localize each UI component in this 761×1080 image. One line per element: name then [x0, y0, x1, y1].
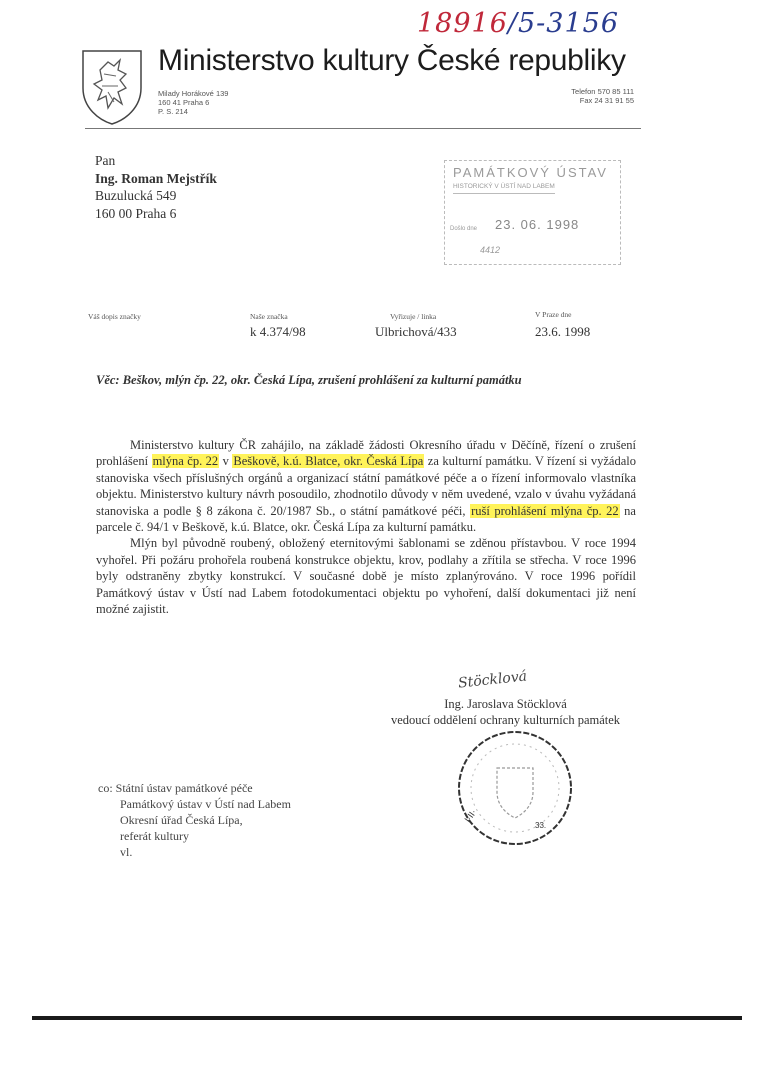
subject-line: Věc: Beškov, mlýn čp. 22, okr. Česká Líp…: [96, 373, 522, 388]
letter-date: 23.6. 1998: [535, 324, 590, 340]
cc-recipient: referát kultury: [98, 828, 291, 844]
stamp-date: 23. 06. 1998: [495, 217, 579, 232]
cc-recipient: Okresní úřad Česká Lípa,: [98, 812, 291, 828]
ministry-address: Milady Horákové 139 160 41 Praha 6 P. S.…: [158, 89, 228, 116]
letterhead-divider: [85, 128, 641, 129]
highlight-mill: mlýna čp. 22: [152, 454, 220, 468]
recipient-name: Ing. Roman Mejstřík: [95, 170, 217, 188]
stamp-institution: PAMÁTKOVÝ ÚSTAV: [453, 165, 608, 180]
highlight-location: Beškově, k.ú. Blatce, okr. Česká Lípa: [232, 454, 424, 468]
handwritten-registry-number: 18916/5-3156: [417, 8, 619, 39]
address-line: P. S. 214: [158, 107, 228, 116]
cc-recipient: Státní ústav památkové péče: [116, 781, 253, 795]
svg-text:33.: 33.: [535, 821, 546, 830]
phone: Telefon 570 85 111: [571, 87, 634, 96]
signer-block: Ing. Jaroslava Stöcklová vedoucí oddělen…: [378, 696, 633, 728]
body-paragraph-1: Ministerstvo kultury ČR zahájilo, na zák…: [96, 437, 636, 535]
address-line: Milady Horákové 139: [158, 89, 228, 98]
ministry-contact: Telefon 570 85 111 Fax 24 31 91 55: [571, 87, 634, 105]
letter-body: Ministerstvo kultury ČR zahájilo, na zák…: [96, 437, 636, 617]
recipient-salutation: Pan: [95, 152, 217, 170]
handwritten-number-red: 18916: [417, 8, 508, 39]
handled-by: Ulbrichová/433: [375, 324, 457, 340]
recipient-address: Pan Ing. Roman Mejstřík Buzulucká 549 16…: [95, 152, 217, 222]
cc-recipient: vl.: [98, 844, 291, 860]
stamp-date-label: Došlo dne: [450, 226, 477, 232]
cc-label: co:: [98, 781, 113, 795]
address-line: 160 41 Praha 6: [158, 98, 228, 107]
handled-by-label: Vyřizuje / linka: [390, 312, 436, 321]
place-date-label: V Praze dne: [535, 310, 572, 319]
our-ref: k 4.374/98: [250, 324, 306, 340]
highlight-revocation: ruší prohlášení mlýna čp. 22: [470, 504, 620, 518]
signer-name: Ing. Jaroslava Stöcklová: [378, 696, 633, 712]
cc-recipient: Památkový ústav v Ústí nad Labem: [98, 796, 291, 812]
copies-to: co: Státní ústav památkové péče Památkov…: [98, 780, 291, 860]
recipient-street: Buzulucká 549: [95, 187, 217, 205]
fax: Fax 24 31 91 55: [571, 96, 634, 105]
handwritten-signature: Stöcklová: [457, 668, 527, 691]
signer-title: vedoucí oddělení ochrany kulturních pamá…: [378, 712, 633, 728]
handwritten-number-blue: /5-3156: [508, 8, 619, 39]
recipient-city: 160 00 Praha 6: [95, 205, 217, 223]
official-round-seal-icon: I·II· 33.: [455, 728, 575, 848]
ministry-name: Ministerstvo kultury České republiky: [158, 44, 626, 78]
footer-rule: [32, 1016, 742, 1020]
our-ref-label: Naše značka: [250, 312, 288, 321]
body-paragraph-2: Mlýn byl původně roubený, obložený etern…: [96, 535, 636, 617]
your-ref-label: Váš dopis značky: [88, 312, 141, 321]
lion-crest-icon: [80, 48, 144, 126]
stamp-subtitle: HISTORICKÝ V ÚSTÍ NAD LABEM: [453, 183, 555, 194]
reference-line: Váš dopis značky Naše značka k 4.374/98 …: [0, 312, 761, 352]
stamp-number: 4412: [480, 245, 500, 255]
svg-text:I·II·: I·II·: [462, 807, 478, 824]
received-stamp: PAMÁTKOVÝ ÚSTAV HISTORICKÝ V ÚSTÍ NAD LA…: [444, 160, 621, 265]
